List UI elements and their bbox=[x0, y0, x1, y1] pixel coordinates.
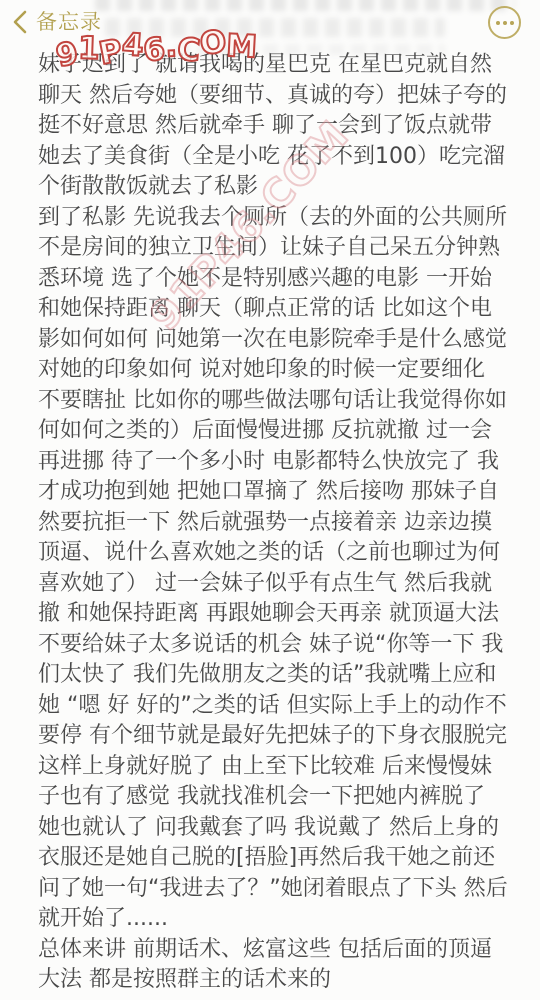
note-text-line: 不要给妹子太多说话的机会 妹子说“你等一下 我 bbox=[38, 630, 526, 661]
note-text-line: 顶逼、说什么喜欢她之类的话（之前也聊过为何 bbox=[38, 538, 526, 569]
note-text-line: 聊天 然后夸她（要细节、真诚的夸）把妹子夸的 bbox=[38, 81, 526, 112]
chevron-left-icon bbox=[10, 10, 30, 34]
note-text-line: 她去了美食街（全是小吃 花了不到100）吃完溜 bbox=[38, 142, 526, 173]
note-text-line: 她 “嗯 好 好的”之类的话 但实际上手上的动作不 bbox=[38, 691, 526, 722]
nav-bar: 备忘录 bbox=[0, 0, 540, 48]
more-options-button[interactable] bbox=[488, 6, 521, 39]
note-text-line: 何如何之类的）后面慢慢进挪 反抗就撤 过一会 bbox=[38, 416, 526, 447]
note-text-line: 她也就认了 问我戴套了吗 我说戴了 然后上身的 bbox=[38, 813, 526, 844]
note-text-line: 才成功抱到她 把她口罩摘了 然后接吻 那妹子自 bbox=[38, 477, 526, 508]
notes-app-screen: 备忘录 妹子迟到了 就请我喝的星巴克 在星巴克就自然聊天 然后夸她（要细节、真诚… bbox=[0, 0, 540, 1000]
note-text-line: 不要瞎扯 比如你的哪些做法哪句话让我觉得你如 bbox=[38, 386, 526, 417]
note-text-line: 大法 都是按照群主的话术来的 bbox=[38, 965, 526, 996]
note-text-line: 到了私影 先说我去个厕所（去的外面的公共厕所 bbox=[38, 203, 526, 234]
note-text-line: 子也有了感觉 我就找准机会一下把她内裤脱了 bbox=[38, 782, 526, 813]
note-text-line: 妹子迟到了 就请我喝的星巴克 在星巴克就自然 bbox=[38, 50, 526, 81]
back-button[interactable]: 备忘录 bbox=[10, 6, 102, 38]
ellipsis-icon bbox=[496, 21, 514, 25]
note-text-line: 们太快了 我们先做朋友之类的话”我就嘴上应和 bbox=[38, 660, 526, 691]
note-text-line: 总体来讲 前期话术、炫富这些 包括后面的顶逼 bbox=[38, 935, 526, 966]
note-text-line: 悉环境 选了个她不是特别感兴趣的电影 一开始 bbox=[38, 264, 526, 295]
note-text-line: 影如何如何 问她第一次在电影院牵手是什么感觉 bbox=[38, 325, 526, 356]
note-text-line: 这样上身就好脱了 由上至下比较难 后来慢慢妹 bbox=[38, 752, 526, 783]
note-text-line: 不是房间的独立卫生间）让妹子自己呆五分钟熟 bbox=[38, 233, 526, 264]
note-body[interactable]: 妹子迟到了 就请我喝的星巴克 在星巴克就自然聊天 然后夸她（要细节、真诚的夸）把… bbox=[38, 50, 526, 996]
note-text-line: 要停 有个细节就是最好先把妹子的下身衣服脱完 bbox=[38, 721, 526, 752]
note-text-line: 就开始了...... bbox=[38, 904, 526, 935]
note-text-line: 个街散散饭就去了私影 bbox=[38, 172, 526, 203]
note-text-line: 撤 和她保持距离 再跟她聊会天再亲 就顶逼大法 bbox=[38, 599, 526, 630]
note-text-line: 挺不好意思 然后就牵手 聊了一会到了饭点就带 bbox=[38, 111, 526, 142]
note-text-line: 对她的印象如何 说对她印象的时候一定要细化 bbox=[38, 355, 526, 386]
note-text-line: 再进挪 待了一个多小时 电影都特么快放完了 我 bbox=[38, 447, 526, 478]
note-text-line: 喜欢她了） 过一会妹子似乎有点生气 然后我就 bbox=[38, 569, 526, 600]
note-text-line: 和她保持距离 聊天（聊点正常的话 比如这个电 bbox=[38, 294, 526, 325]
note-text-line: 问了她一句“我进去了？”她闭着眼点了下头 然后 bbox=[38, 874, 526, 905]
note-text-line: 衣服还是她自己脱的[捂脸]再然后我干她之前还 bbox=[38, 843, 526, 874]
back-button-label: 备忘录 bbox=[36, 10, 102, 34]
note-text-line: 然要抗拒一下 然后就强势一点接着亲 边亲边摸 bbox=[38, 508, 526, 539]
